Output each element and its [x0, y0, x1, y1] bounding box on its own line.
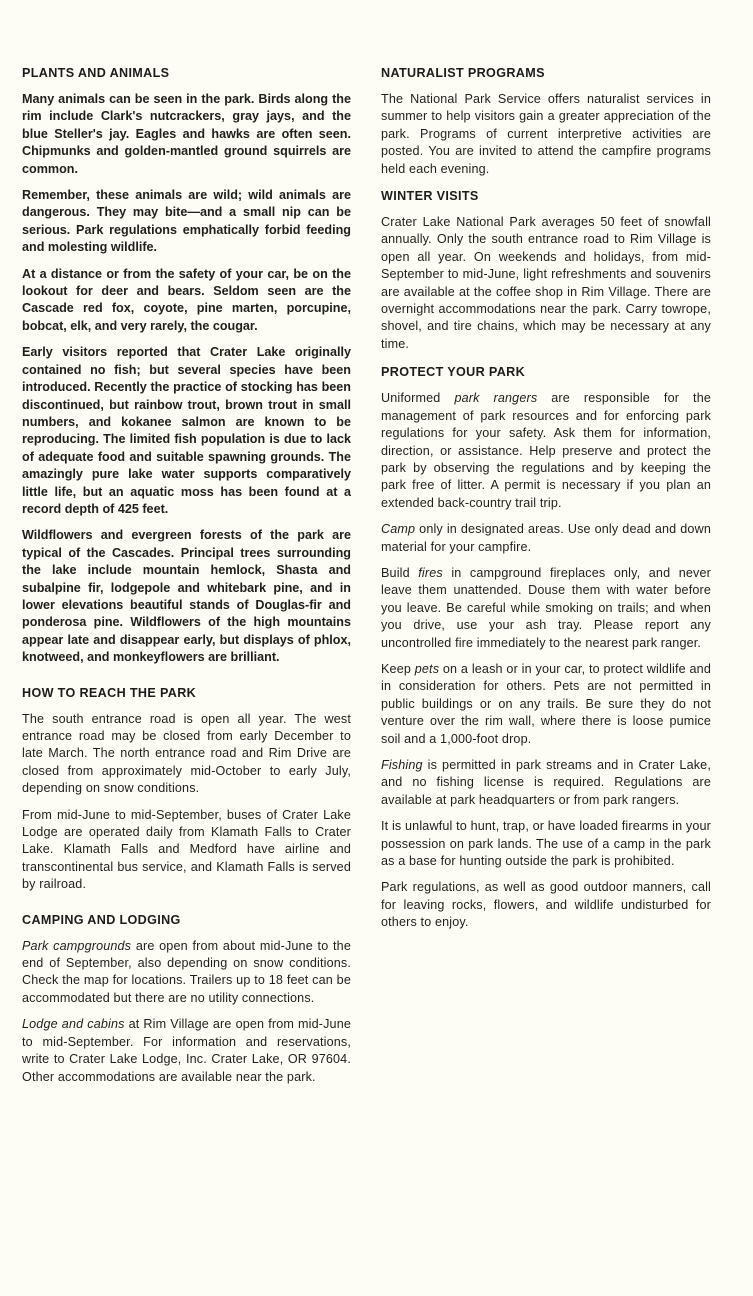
paragraph-text: Uniformed [381, 391, 454, 405]
section-winter-visits: WINTER VISITS Crater Lake National Park … [381, 187, 711, 353]
paragraph-text: It is unlawful to hunt, trap, or have lo… [381, 819, 711, 868]
paragraph: Camp only in designated areas. Use only … [381, 521, 711, 556]
italic-term: fires [418, 566, 443, 580]
paragraph: Wildflowers and evergreen forests of the… [22, 527, 351, 666]
italic-term: Fishing [381, 758, 423, 772]
right-column: NATURALIST PROGRAMS The National Park Se… [381, 64, 711, 941]
paragraph-text: only in designated areas. Use only dead … [381, 522, 711, 553]
paragraph: Fishing is permitted in park streams and… [381, 757, 711, 809]
paragraph: Early visitors reported that Crater Lake… [22, 344, 351, 518]
paragraph-text: are responsible for the management of pa… [381, 391, 711, 509]
section-heading: NATURALIST PROGRAMS [381, 64, 711, 82]
paragraph: At a distance or from the safety of your… [22, 266, 351, 336]
paragraph: From mid-June to mid-September, buses of… [22, 807, 351, 894]
paragraph-text: Park regulations, as well as good outdoo… [381, 880, 711, 929]
paragraph: Park campgrounds are open from about mid… [22, 938, 351, 1008]
paragraph: Uniformed park rangers are responsible f… [381, 390, 711, 512]
section-heading: PROTECT YOUR PARK [381, 363, 711, 381]
italic-term: Camp [381, 522, 415, 536]
paragraph: Build fires in campground fireplaces onl… [381, 565, 711, 652]
italic-term: park rangers [454, 391, 537, 405]
section-heading: HOW TO REACH THE PARK [22, 684, 351, 702]
paragraph-text: Keep [381, 662, 415, 676]
paragraph: It is unlawful to hunt, trap, or have lo… [381, 818, 711, 870]
paragraph: Crater Lake National Park averages 50 fe… [381, 214, 711, 353]
section-heading: CAMPING AND LODGING [22, 911, 351, 929]
section-protect-your-park: PROTECT YOUR PARK Uniformed park rangers… [381, 363, 711, 931]
italic-term: pets [415, 662, 439, 676]
left-column: PLANTS AND ANIMALS Many animals can be s… [22, 64, 351, 1103]
paragraph-text: is permitted in park streams and in Crat… [381, 758, 711, 807]
paragraph: Keep pets on a leash or in your car, to … [381, 661, 711, 748]
section-heading: WINTER VISITS [381, 187, 711, 205]
italic-lead: Lodge and cabins [22, 1017, 125, 1031]
section-heading: PLANTS AND ANIMALS [22, 64, 351, 82]
paragraph: The south entrance road is open all year… [22, 711, 351, 798]
section-how-to-reach-the-park: HOW TO REACH THE PARK The south entrance… [22, 684, 351, 894]
paragraph: Remember, these animals are wild; wild a… [22, 187, 351, 257]
paragraph: Lodge and cabins at Rim Village are open… [22, 1016, 351, 1086]
paragraph: The National Park Service offers natural… [381, 91, 711, 178]
section-camping-and-lodging: CAMPING AND LODGING Park campgrounds are… [22, 911, 351, 1086]
paragraph-text: Build [381, 566, 418, 580]
section-naturalist-programs: NATURALIST PROGRAMS The National Park Se… [381, 64, 711, 178]
paragraph: Park regulations, as well as good outdoo… [381, 879, 711, 931]
section-plants-and-animals: PLANTS AND ANIMALS Many animals can be s… [22, 64, 351, 667]
paragraph: Many animals can be seen in the park. Bi… [22, 91, 351, 178]
italic-lead: Park campgrounds [22, 939, 131, 953]
